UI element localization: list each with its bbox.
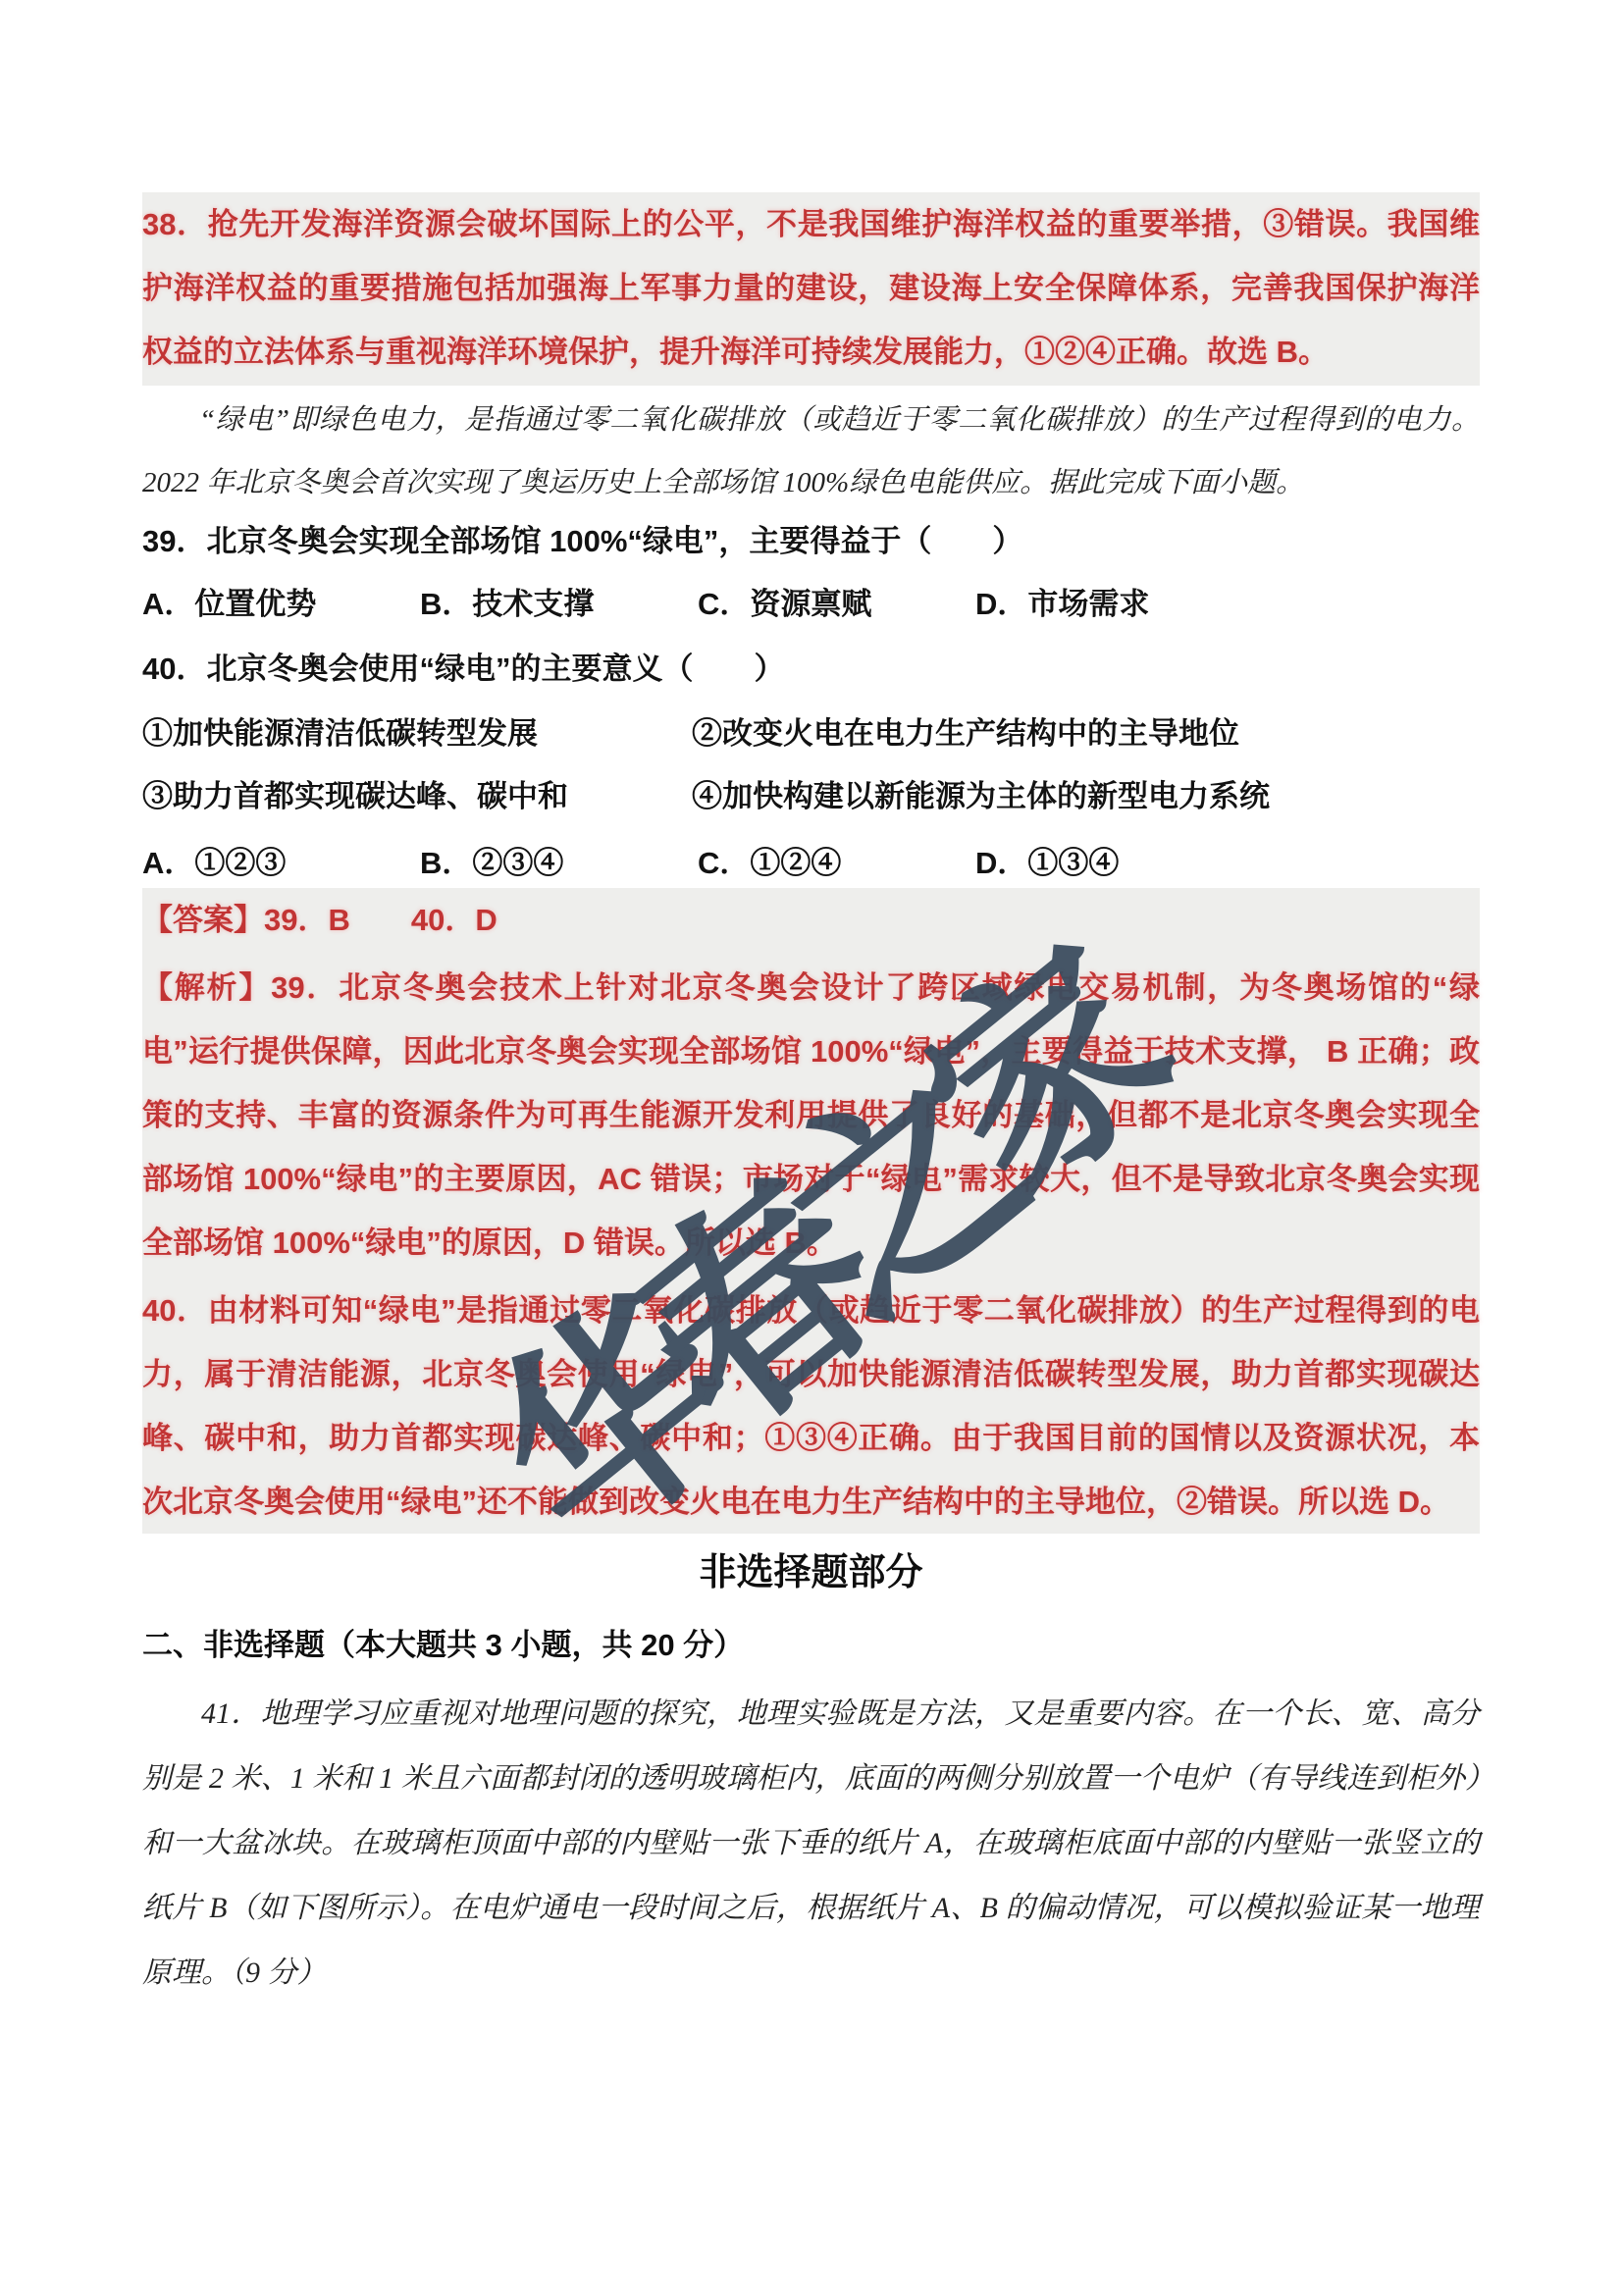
analysis-39-text: 【解析】39．北京冬奥会技术上针对北京冬奥会设计了跨区域绿电交易机制，为冬奥场馆… xyxy=(142,956,1480,1275)
q40-option-a: A．①②③ xyxy=(142,832,420,895)
q39-options-row: A．位置优势B．技术支撑C．资源禀赋D．市场需求 xyxy=(142,573,1480,636)
answer-analysis-block: 【答案】39．B 40．D 【解析】39．北京冬奥会技术上针对北京冬奥会设计了跨… xyxy=(142,888,1480,1534)
q39-stem: 39．北京冬奥会实现全部场馆 100%“绿电”，主要得益于（ ） xyxy=(142,510,1480,573)
q40-item-4: ④加快构建以新能源为主体的新型电力系统 xyxy=(692,779,1270,813)
q40-items-row-2: ③助力首都实现碳达峰、碳中和④加快构建以新能源为主体的新型电力系统 xyxy=(142,765,1480,828)
q41-paragraph: 41．地理学习应重视对地理问题的探究，地理实验既是方法，又是重要内容。在一个长、… xyxy=(142,1682,1480,2006)
q39-option-d: D．市场需求 xyxy=(975,573,1149,636)
q40-option-b: B．②③④ xyxy=(420,832,698,895)
q40-option-c: C．①②④ xyxy=(698,832,975,895)
q38-analysis-block: 38．抢先开发海洋资源会破坏国际上的公平，不是我国维护海洋权益的重要举措，③错误… xyxy=(142,192,1480,386)
analysis-40-text: 40．由材料可知“绿电”是指通过零二氧化碳排放（或趋近于零二氧化碳排放）的生产过… xyxy=(142,1278,1480,1534)
q40-item-2: ②改变火电在电力生产结构中的主导地位 xyxy=(692,716,1239,751)
q39-option-b: B．技术支撑 xyxy=(420,573,698,636)
answer-line: 【答案】39．B 40．D xyxy=(142,888,1480,952)
q40-option-d: D．①③④ xyxy=(975,832,1119,895)
part2-title: 二、非选择题（本大题共 3 小题，共 20 分） xyxy=(142,1621,1480,1670)
q40-items-row-1: ①加快能源清洁低碳转型发展②改变火电在电力生产结构中的主导地位 xyxy=(142,703,1480,765)
q40-options-row: A．①②③B．②③④C．①②④D．①③④ xyxy=(142,832,1480,895)
material-paragraph: “绿电”即绿色电力，是指通过零二氧化碳排放（或趋近于零二氧化碳排放）的生产过程得… xyxy=(142,389,1480,514)
q40-item-1: ①加快能源清洁低碳转型发展 xyxy=(142,703,692,765)
section-heading: 非选择题部分 xyxy=(142,1548,1480,1597)
q39-option-c: C．资源禀赋 xyxy=(698,573,975,636)
exam-answer-page: 38．抢先开发海洋资源会破坏国际上的公平，不是我国维护海洋权益的重要举措，③错误… xyxy=(0,0,1623,2296)
q38-analysis-text: 38．抢先开发海洋资源会破坏国际上的公平，不是我国维护海洋权益的重要举措，③错误… xyxy=(142,192,1480,384)
q40-stem: 40．北京冬奥会使用“绿电”的主要意义（ ） xyxy=(142,638,1480,701)
q39-option-a: A．位置优势 xyxy=(142,573,420,636)
q40-item-3: ③助力首都实现碳达峰、碳中和 xyxy=(142,765,692,828)
